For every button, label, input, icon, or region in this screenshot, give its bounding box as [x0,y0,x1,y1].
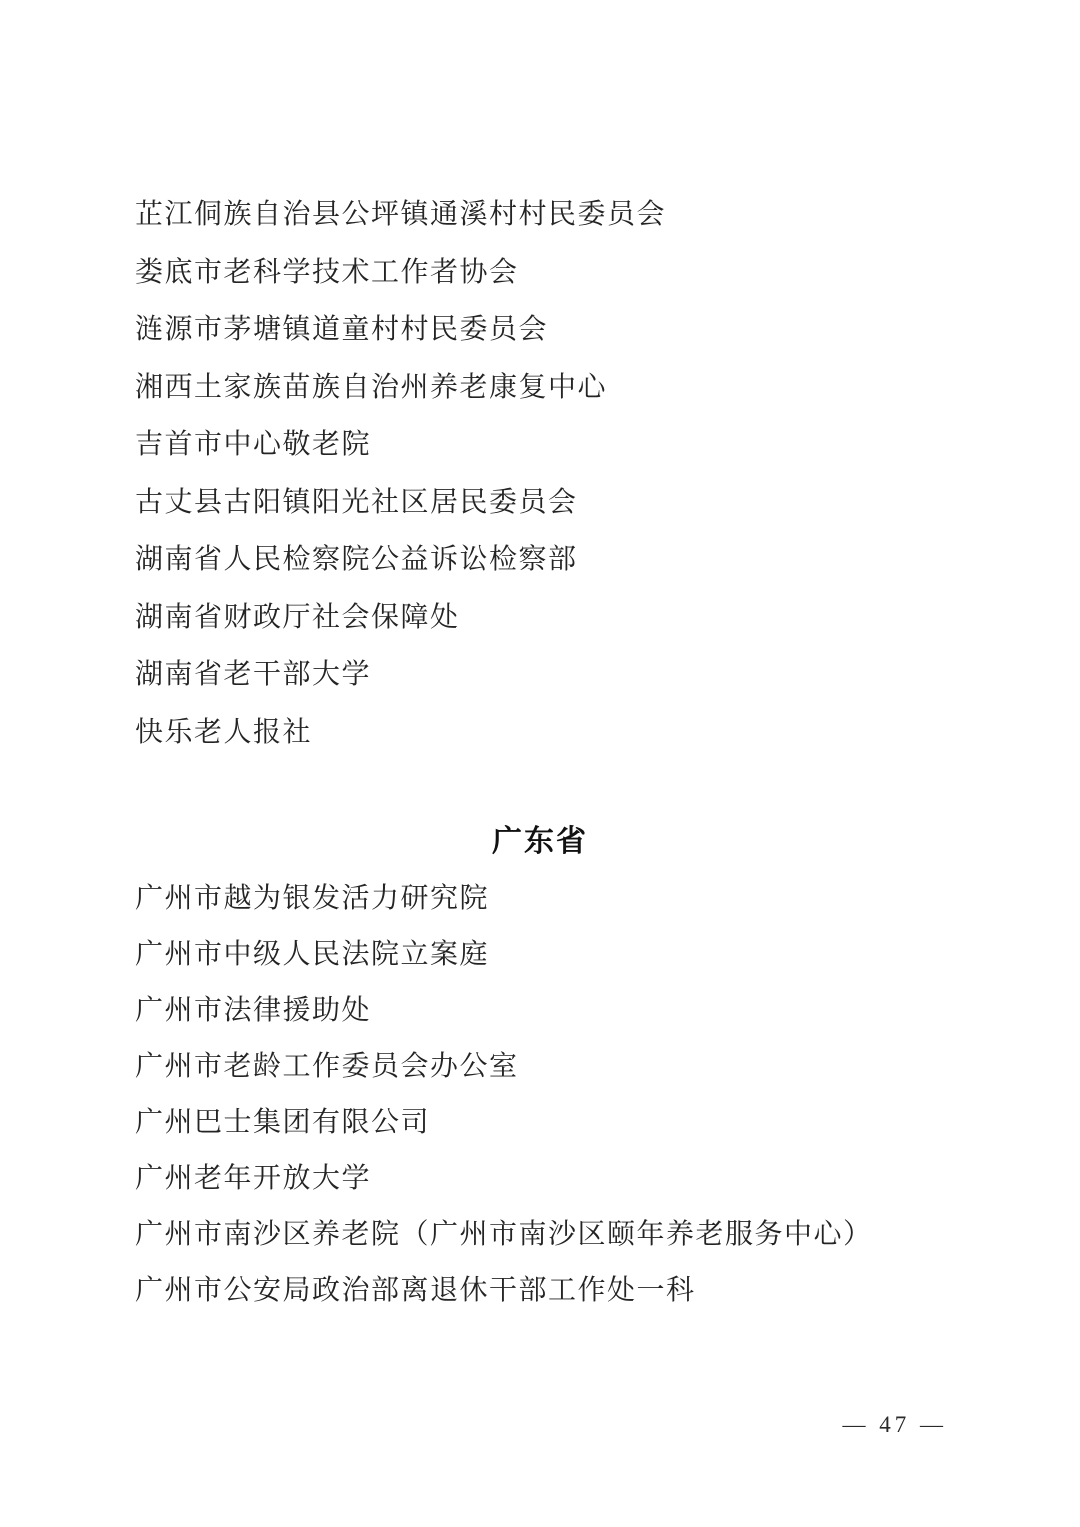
list-item: 广州巴士集团有限公司 [135,1095,1080,1151]
document-page: 芷江侗族自治县公坪镇通溪村村民委员会 娄底市老科学技术工作者协会 涟源市茅塘镇道… [0,0,1080,1527]
list-item: 芷江侗族自治县公坪镇通溪村村民委员会 [135,186,1080,244]
list-item: 广州市老龄工作委员会办公室 [135,1039,1080,1095]
page-number: — 47 — [843,1412,948,1438]
list-item: 广州市中级人民法院立案庭 [135,927,1080,983]
list-item: 吉首市中心敬老院 [135,416,1080,474]
list-item: 湘西土家族苗族自治州养老康复中心 [135,359,1080,417]
list-item: 湖南省老干部大学 [135,646,1080,704]
list-item: 古丈县古阳镇阳光社区居民委员会 [135,474,1080,532]
list-item: 快乐老人报社 [135,704,1080,762]
list-item: 湖南省财政厅社会保障处 [135,589,1080,647]
list-item: 广州市越为银发活力研究院 [135,871,1080,927]
list-item: 广州市法律援助处 [135,983,1080,1039]
guangdong-organization-list: 广州市越为银发活力研究院 广州市中级人民法院立案庭 广州市法律援助处 广州市老龄… [0,863,1080,1319]
list-item: 涟源市茅塘镇道童村村民委员会 [135,301,1080,359]
list-item: 娄底市老科学技术工作者协会 [135,244,1080,302]
section-heading-guangdong: 广东省 [0,821,1080,863]
list-item: 湖南省人民检察院公益诉讼检察部 [135,531,1080,589]
hunan-organization-list: 芷江侗族自治县公坪镇通溪村村民委员会 娄底市老科学技术工作者协会 涟源市茅塘镇道… [0,0,1080,761]
list-item: 广州市公安局政治部离退休干部工作处一科 [135,1263,1080,1319]
list-item: 广州老年开放大学 [135,1151,1080,1207]
list-item: 广州市南沙区养老院（广州市南沙区颐年养老服务中心） [135,1207,1080,1263]
